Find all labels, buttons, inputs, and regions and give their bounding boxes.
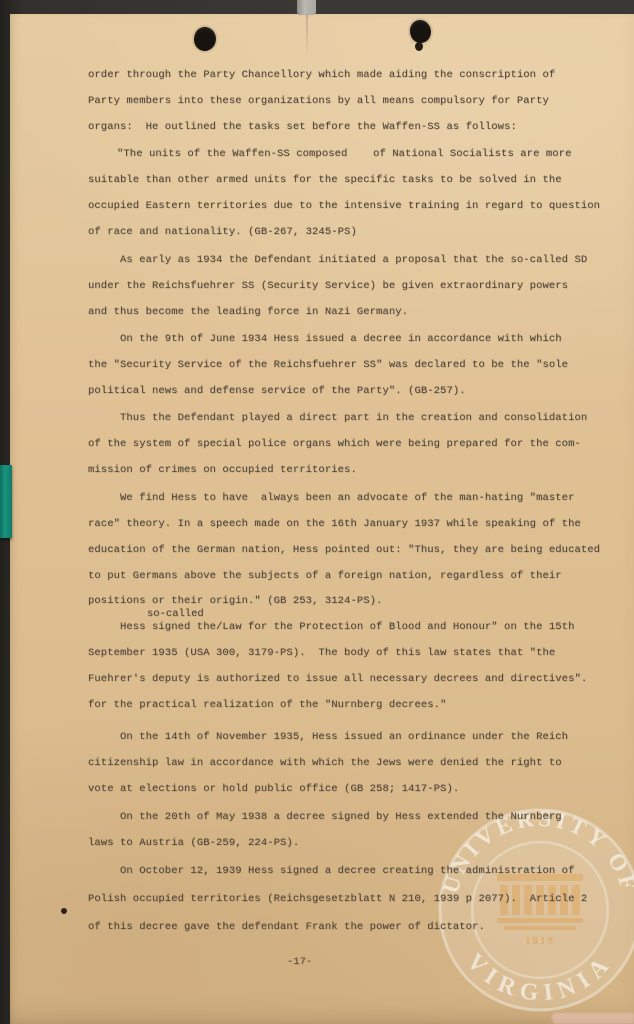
insertion-note: so-called <box>147 608 204 620</box>
typed-line: Polish occupied territories (Reichsgeset… <box>88 893 587 905</box>
typed-line: Hess signed the/Law for the Protection o… <box>120 621 574 633</box>
typed-line: On October 12, 1939 Hess signed a decree… <box>120 865 574 877</box>
typed-line: As early as 1934 the Defendant initiated… <box>120 254 587 266</box>
typed-line: of the system of special police organs w… <box>88 438 581 450</box>
typed-line: under the Reichsfuehrer SS (Security Ser… <box>88 280 568 292</box>
typed-line: Thus the Defendant played a direct part … <box>120 412 587 424</box>
typed-line: mission of crimes on occupied territorie… <box>88 464 357 476</box>
typed-line: On the 20th of May 1938 a decree signed … <box>120 811 562 823</box>
page-number: -17- <box>287 956 312 968</box>
typed-line: positions or their origin." (GB 253, 312… <box>88 595 382 607</box>
typed-line: citizenship law in accordance with which… <box>88 757 562 769</box>
typed-line: education of the German nation, Hess poi… <box>88 544 600 556</box>
typed-line: race" theory. In a speech made on the 16… <box>88 518 581 530</box>
typed-line: of race and nationality. (GB-267, 3245-P… <box>88 226 357 238</box>
typed-line: We find Hess to have always been an advo… <box>120 492 574 504</box>
typewritten-text: order through the Party Chancellory whic… <box>0 0 634 1024</box>
typed-line: suitable than other armed units for the … <box>88 174 562 186</box>
typed-line: and thus become the leading force in Naz… <box>88 306 408 318</box>
typed-line: occupied Eastern territories due to the … <box>88 200 600 212</box>
typed-line: vote at elections or hold public office … <box>88 783 459 795</box>
typed-line: On the 14th of November 1935, Hess issue… <box>120 731 568 743</box>
underlying-page-edge <box>552 1013 634 1024</box>
typed-line: September 1935 (USA 300, 3179-PS). The b… <box>88 647 555 659</box>
margin-dot <box>61 908 67 914</box>
typed-line: Fuehrer's deputy is authorized to issue … <box>88 673 587 685</box>
typed-line: of this decree gave the defendant Frank … <box>88 921 485 933</box>
typed-line: Party members into these organizations b… <box>88 95 549 107</box>
typed-line: order through the Party Chancellory whic… <box>88 69 555 81</box>
typed-line: for the practical realization of the "Nu… <box>88 699 446 711</box>
typed-line: the "Security Service of the Reichsfuehr… <box>88 359 568 371</box>
typed-line: "The units of the Waffen-SS composed of … <box>117 148 571 160</box>
typed-line: political news and defense service of th… <box>88 385 466 397</box>
typed-line: On the 9th of June 1934 Hess issued a de… <box>120 333 562 345</box>
typed-line: to put Germans above the subjects of a f… <box>88 570 562 582</box>
scanned-document-page: { "document": { "page_number": "-17-", "… <box>0 0 634 1024</box>
typed-line: laws to Austria (GB-259, 224-PS). <box>88 837 299 849</box>
typed-line: organs: He outlined the tasks set before… <box>88 121 517 133</box>
